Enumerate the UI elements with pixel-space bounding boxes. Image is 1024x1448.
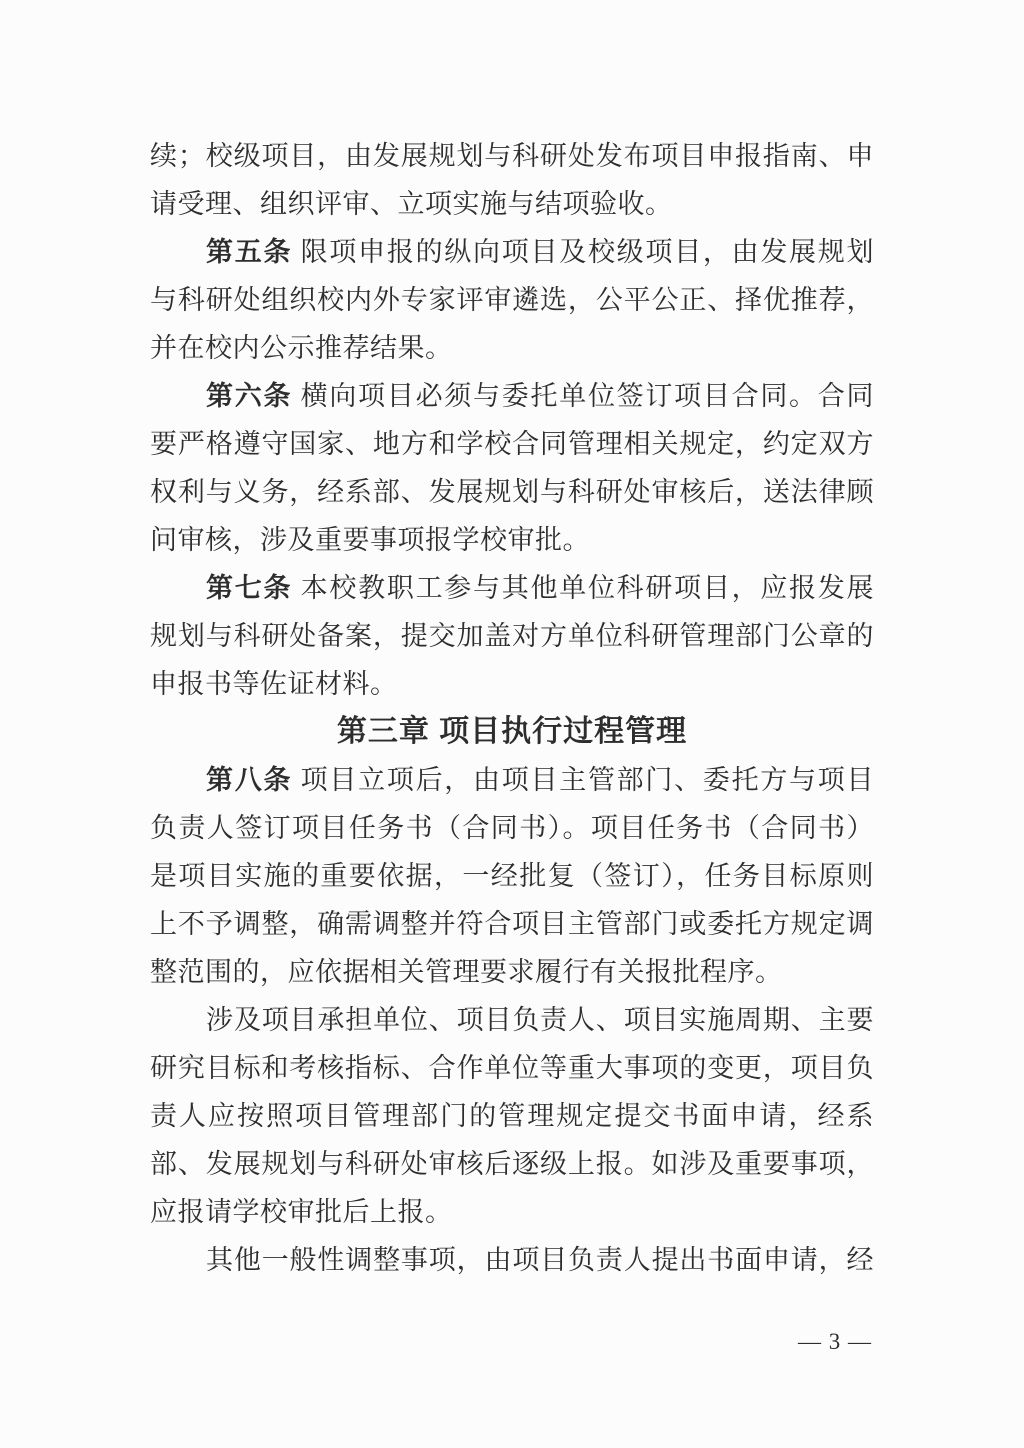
text-line: 其他一般性调整事项，由项目负责人提出书面申请，经 <box>150 1236 874 1284</box>
document-page: 续；校级项目，由发展规划与科研处发布项目申报指南、申请受理、组织评审、立项实施与… <box>0 0 1024 1448</box>
text-line: 要严格遵守国家、地方和学校合同管理相关规定，约定双方 <box>150 420 874 468</box>
article-number: 第五条 <box>206 237 292 267</box>
text-line: 整范围的，应依据相关管理要求履行有关报批程序。 <box>150 948 874 996</box>
text-line: 规划与科研处备案，提交加盖对方单位科研管理部门公章的 <box>150 612 874 660</box>
text-line: 续；校级项目，由发展规划与科研处发布项目申报指南、申 <box>150 132 874 180</box>
text-line: 权利与义务，经系部、发展规划与科研处审核后，送法律顾 <box>150 468 874 516</box>
text-line: 上不予调整，确需调整并符合项目主管部门或委托方规定调 <box>150 900 874 948</box>
text-line: 并在校内公示推荐结果。 <box>150 324 874 372</box>
text-line: 部、发展规划与科研处审核后逐级上报。如涉及重要事项， <box>150 1140 874 1188</box>
text-line: 申报书等佐证材料。 <box>150 660 874 708</box>
text-line: 涉及项目承担单位、项目负责人、项目实施周期、主要 <box>150 996 874 1044</box>
text-line: 研究目标和考核指标、合作单位等重大事项的变更，项目负 <box>150 1044 874 1092</box>
article-number: 第六条 <box>206 381 292 411</box>
text-line: 是项目实施的重要依据，一经批复（签订），任务目标原则 <box>150 852 874 900</box>
text-line: 与科研处组织校内外专家评审遴选，公平公正、择优推荐， <box>150 276 874 324</box>
text-line: 第五条 限项申报的纵向项目及校级项目，由发展规划 <box>150 228 874 276</box>
article-number: 第八条 <box>206 765 292 795</box>
chapter-heading: 第三章 项目执行过程管理 <box>150 708 874 756</box>
text-line: 问审核，涉及重要事项报学校审批。 <box>150 516 874 564</box>
text-line: 第七条 本校教职工参与其他单位科研项目，应报发展 <box>150 564 874 612</box>
page-number: — 3 — <box>798 1325 872 1359</box>
text-line: 第八条 项目立项后，由项目主管部门、委托方与项目 <box>150 756 874 804</box>
text-line: 请受理、组织评审、立项实施与结项验收。 <box>150 180 874 228</box>
text-line: 责人应按照项目管理部门的管理规定提交书面申请，经系 <box>150 1092 874 1140</box>
text-line: 负责人签订项目任务书（合同书）。项目任务书（合同书） <box>150 804 874 852</box>
text-line: 应报请学校审批后上报。 <box>150 1188 874 1236</box>
document-body: 续；校级项目，由发展规划与科研处发布项目申报指南、申请受理、组织评审、立项实施与… <box>150 132 874 1284</box>
text-line: 第六条 横向项目必须与委托单位签订项目合同。合同 <box>150 372 874 420</box>
article-number: 第七条 <box>206 573 292 603</box>
